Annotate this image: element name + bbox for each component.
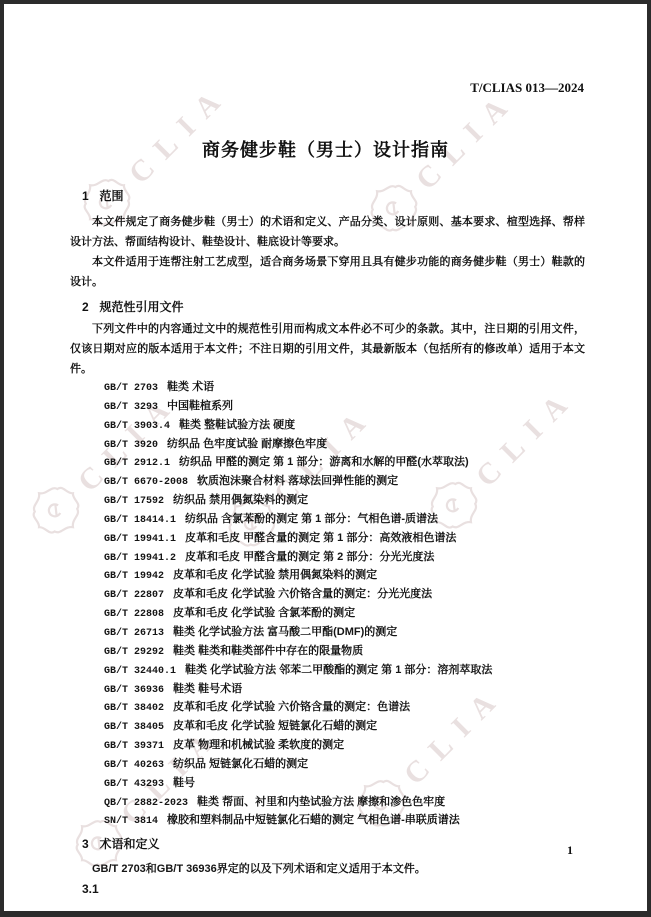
reference-title: 鞋类 鞋类和鞋类部件中存在的限量物质 — [173, 645, 363, 657]
reference-code: GB/T 19941.2 — [104, 553, 176, 564]
section-number: 2 — [82, 300, 89, 315]
scope-paragraph: 本文件规定了商务健步鞋（男士）的术语和定义、产品分类、设计原则、基本要求、楦型选… — [70, 212, 585, 252]
reference-title: 皮革和毛皮 甲醛含量的测定 第 2 部分：分光光度法 — [185, 551, 434, 563]
document-page: CLIA CLIA CLIA CLIA CLIA CLIA — [0, 0, 651, 917]
document-body: 1范围 本文件规定了商务健步鞋（男士）的术语和定义、产品分类、设计原则、基本要求… — [70, 189, 585, 897]
reference-title: 纺织品 甲醛的测定 第 1 部分：游离和水解的甲醛(水萃取法) — [179, 456, 469, 468]
terms-paragraph: GB/T 2703和GB/T 36936界定的以及下列术语和定义适用于本文件。 — [70, 859, 585, 879]
reference-code: GB/T 43293 — [104, 779, 164, 790]
reference-item: GB/T 36936鞋类 鞋号术语 — [104, 681, 585, 700]
reference-title: 中国鞋楦系列 — [167, 400, 233, 412]
reference-item: GB/T 43293鞋号 — [104, 775, 585, 794]
reference-item: GB/T 3920纺织品 色牢度试验 耐摩擦色牢度 — [104, 436, 585, 455]
reference-title: 软质泡沫聚合材料 落球法回弹性能的测定 — [197, 475, 398, 487]
reference-title: 纺织品 色牢度试验 耐摩擦色牢度 — [167, 438, 327, 450]
reference-title: 皮革 物理和机械试验 柔软度的测定 — [173, 739, 344, 751]
reference-code: GB/T 40263 — [104, 760, 164, 771]
standard-number: T/CLIAS 013—2024 — [470, 80, 584, 96]
reference-code: GB/T 32440.1 — [104, 666, 176, 677]
reference-title: 鞋类 术语 — [167, 381, 214, 393]
section-number: 3 — [82, 837, 89, 852]
reference-item: GB/T 2912.1纺织品 甲醛的测定 第 1 部分：游离和水解的甲醛(水萃取… — [104, 454, 585, 473]
reference-item: GB/T 2703鞋类 术语 — [104, 379, 585, 398]
reference-code: GB/T 26713 — [104, 628, 164, 639]
reference-code: GB/T 17592 — [104, 496, 164, 507]
reference-item: GB/T 17592纺织品 禁用偶氮染料的测定 — [104, 492, 585, 511]
reference-item: GB/T 29292鞋类 鞋类和鞋类部件中存在的限量物质 — [104, 643, 585, 662]
reference-title: 鞋类 化学试验方法 邻苯二甲酸酯的测定 第 1 部分：溶剂萃取法 — [185, 664, 492, 676]
reference-title: 鞋类 帮面、衬里和内垫试验方法 摩擦和渗色色牢度 — [197, 796, 445, 808]
reference-code: GB/T 36936 — [104, 685, 164, 696]
reference-title: 纺织品 短链氯化石蜡的测定 — [173, 758, 308, 770]
reference-item: GB/T 6670-2008软质泡沫聚合材料 落球法回弹性能的测定 — [104, 473, 585, 492]
reference-code: QB/T 2882-2023 — [104, 798, 188, 809]
reference-code: GB/T 6670-2008 — [104, 477, 188, 488]
reference-title: 纺织品 禁用偶氮染料的测定 — [173, 494, 308, 506]
reference-title: 鞋类 整鞋试验方法 硬度 — [179, 419, 295, 431]
section-heading-terms: 3术语和定义 — [70, 837, 585, 852]
reference-code: GB/T 2703 — [104, 383, 158, 394]
reference-title: 皮革和毛皮 化学试验 短链氯化石蜡的测定 — [173, 720, 377, 732]
reference-code: GB/T 18414.1 — [104, 515, 176, 526]
reference-code: SN/T 3814 — [104, 816, 158, 827]
reference-item: QB/T 2882-2023鞋类 帮面、衬里和内垫试验方法 摩擦和渗色色牢度 — [104, 794, 585, 813]
reference-code: GB/T 19941.1 — [104, 534, 176, 545]
reference-item: GB/T 19941.1皮革和毛皮 甲醛含量的测定 第 1 部分：高效液相色谱法 — [104, 530, 585, 549]
reference-item: SN/T 3814橡胶和塑料制品中短链氯化石蜡的测定 气相色谱-串联质谱法 — [104, 812, 585, 831]
clause-number: 3.1 — [70, 882, 585, 897]
section-heading-references: 2规范性引用文件 — [70, 300, 585, 315]
reference-code: GB/T 3903.4 — [104, 421, 170, 432]
reference-title: 皮革和毛皮 化学试验 六价铬含量的测定：色谱法 — [173, 701, 410, 713]
reference-code: GB/T 22808 — [104, 609, 164, 620]
reference-item: GB/T 19941.2皮革和毛皮 甲醛含量的测定 第 2 部分：分光光度法 — [104, 549, 585, 568]
reference-title: 皮革和毛皮 甲醛含量的测定 第 1 部分：高效液相色谱法 — [185, 532, 456, 544]
reference-item: GB/T 18414.1纺织品 含氯苯酚的测定 第 1 部分：气相色谱-质谱法 — [104, 511, 585, 530]
reference-code: GB/T 38402 — [104, 703, 164, 714]
section-title: 规范性引用文件 — [99, 300, 183, 314]
reference-code: GB/T 2912.1 — [104, 458, 170, 469]
reference-item: GB/T 19942皮革和毛皮 化学试验 禁用偶氮染料的测定 — [104, 567, 585, 586]
reference-item: GB/T 38402皮革和毛皮 化学试验 六价铬含量的测定：色谱法 — [104, 699, 585, 718]
reference-item: GB/T 22807皮革和毛皮 化学试验 六价铬含量的测定：分光光度法 — [104, 586, 585, 605]
reference-title: 皮革和毛皮 化学试验 六价铬含量的测定：分光光度法 — [173, 588, 432, 600]
reference-item: GB/T 38405皮革和毛皮 化学试验 短链氯化石蜡的测定 — [104, 718, 585, 737]
scope-paragraph: 本文件适用于连帮注射工艺成型，适合商务场景下穿用且具有健步功能的商务健步鞋（男士… — [70, 252, 585, 292]
reference-code: GB/T 3920 — [104, 440, 158, 451]
reference-code: GB/T 39371 — [104, 741, 164, 752]
reference-item: GB/T 40263纺织品 短链氯化石蜡的测定 — [104, 756, 585, 775]
reference-code: GB/T 22807 — [104, 590, 164, 601]
reference-item: GB/T 3293中国鞋楦系列 — [104, 398, 585, 417]
section-title: 术语和定义 — [99, 837, 159, 851]
reference-list: GB/T 2703鞋类 术语 GB/T 3293中国鞋楦系列 GB/T 3903… — [70, 379, 585, 831]
reference-code: GB/T 29292 — [104, 647, 164, 658]
reference-code: GB/T 19942 — [104, 571, 164, 582]
reference-item: GB/T 39371皮革 物理和机械试验 柔软度的测定 — [104, 737, 585, 756]
reference-title: 橡胶和塑料制品中短链氯化石蜡的测定 气相色谱-串联质谱法 — [167, 814, 460, 826]
references-intro: 下列文件中的内容通过文中的规范性引用而构成文本件必不可少的条款。其中，注日期的引… — [70, 319, 585, 379]
reference-title: 皮革和毛皮 化学试验 禁用偶氮染料的测定 — [173, 569, 377, 581]
reference-item: GB/T 26713鞋类 化学试验方法 富马酸二甲酯(DMF)的测定 — [104, 624, 585, 643]
page-number: 1 — [567, 843, 573, 858]
reference-title: 皮革和毛皮 化学试验 含氯苯酚的测定 — [173, 607, 355, 619]
section-number: 1 — [82, 189, 89, 204]
section-title: 范围 — [99, 189, 123, 203]
reference-item: GB/T 32440.1鞋类 化学试验方法 邻苯二甲酸酯的测定 第 1 部分：溶… — [104, 662, 585, 681]
section-heading-scope: 1范围 — [70, 189, 585, 204]
reference-title: 鞋类 化学试验方法 富马酸二甲酯(DMF)的测定 — [173, 626, 397, 638]
reference-title: 鞋类 鞋号术语 — [173, 683, 242, 695]
reference-item: GB/T 22808皮革和毛皮 化学试验 含氯苯酚的测定 — [104, 605, 585, 624]
document-title: 商务健步鞋（男士）设计指南 — [4, 136, 647, 162]
reference-item: GB/T 3903.4鞋类 整鞋试验方法 硬度 — [104, 417, 585, 436]
reference-title: 纺织品 含氯苯酚的测定 第 1 部分：气相色谱-质谱法 — [185, 513, 438, 525]
reference-code: GB/T 38405 — [104, 722, 164, 733]
reference-title: 鞋号 — [173, 777, 195, 789]
reference-code: GB/T 3293 — [104, 402, 158, 413]
